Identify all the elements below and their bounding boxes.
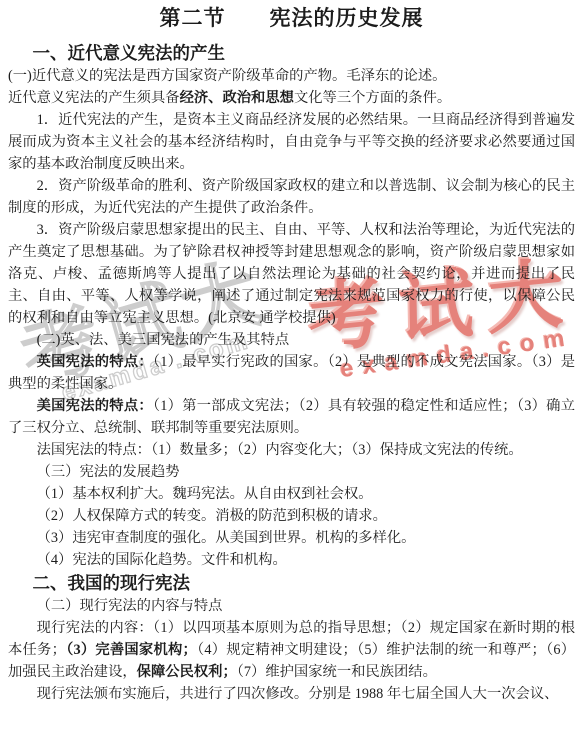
para-current-heading: （二）现行宪法的内容与特点 bbox=[8, 595, 575, 617]
bold-text-run: （3）完善国家机构； bbox=[66, 642, 197, 658]
para-three-countries-heading: (二)英、法、美三国宪法的产生及其特点 bbox=[8, 329, 575, 351]
para-trend-3: （3）违宪审查制度的强化。从美国到世界。机构的多样化。 bbox=[8, 527, 575, 549]
para-trend-4: （4）宪法的国际化趋势。文件和机构。 bbox=[8, 549, 575, 571]
text-run: （三）宪法的发展趋势 bbox=[37, 464, 180, 480]
bold-text-run: 经济、政治和思想 bbox=[180, 90, 294, 106]
para-us-features: 美国宪法的特点：（1）第一部成文宪法；（2）具有较强的稳定性和适应性；（3）确立… bbox=[8, 395, 575, 439]
para-origin-intro: (一)近代意义的宪法是西方国家资产阶级革命的产物。毛泽东的论述。 bbox=[8, 65, 575, 87]
para-trend-1: （1）基本权利扩大。魏玛宪法。从自由权到社会权。 bbox=[8, 483, 575, 505]
text-run: 现行宪法颁布实施后，共进行了四次修改。分别是 1988 年七届全国人大一次会议、 bbox=[37, 686, 559, 702]
text-run: 2．资产阶级革命的胜利、资产阶级国家政权的建立和以普选制、议会制为核心的民主制度… bbox=[8, 178, 575, 216]
section-heading-1: 一、近代意义宪法的产生 bbox=[8, 41, 575, 65]
text-run: （2）人权保障方式的转变。消极的防范到积极的请求。 bbox=[37, 508, 387, 524]
text-run: （4）宪法的国际化趋势。文件和机构。 bbox=[37, 552, 287, 568]
para-uk-features: 英国宪法的特点：（1）最早实行宪政的国家。（2）是典型的不成文宪法国家。（3）是… bbox=[8, 351, 575, 395]
text-run: （3）违宪审查制度的强化。从美国到世界。机构的多样化。 bbox=[37, 530, 416, 546]
para-ideological-condition: 3．资产阶级启蒙思想家提出的民主、自由、平等、人权和法治等理论，为近代宪法的产生… bbox=[8, 219, 575, 329]
bold-text-run: 二、我国的现行宪法 bbox=[33, 573, 191, 593]
text-run: (二)英、法、美三国宪法的产生及其特点 bbox=[37, 332, 290, 348]
text-run: 近代意义宪法的产生须具备 bbox=[8, 90, 180, 106]
bold-text-run: 英国宪法的特点： bbox=[37, 354, 153, 370]
document-content: 第二节 宪法的历史发展 一、近代意义宪法的产生(一)近代意义的宪法是西方国家资产… bbox=[0, 0, 583, 705]
text-run: 法国宪法的特点：（1）数量多；（2）内容变化大；（3）保持成文宪法的传统。 bbox=[37, 442, 523, 458]
para-trend-2: （2）人权保障方式的转变。消极的防范到积极的请求。 bbox=[8, 505, 575, 527]
bold-text-run: 一、近代意义宪法的产生 bbox=[33, 43, 226, 63]
page-title: 第二节 宪法的历史发展 bbox=[8, 6, 575, 32]
text-run: （1）基本权利扩大。魏玛宪法。从自由权到社会权。 bbox=[37, 486, 373, 502]
text-run: 文化等三个方面的条件。 bbox=[294, 90, 451, 106]
para-three-conditions: 近代意义宪法的产生须具备经济、政治和思想文化等三个方面的条件。 bbox=[8, 87, 575, 109]
text-run: 1．近代宪法的产生，是资本主义商品经济发展的必然结果。一旦商品经济得到普遍发展而… bbox=[8, 112, 575, 172]
text-run: （7）维护国家统一和民族团结。 bbox=[237, 664, 437, 680]
para-trends-heading: （三）宪法的发展趋势 bbox=[8, 461, 575, 483]
bold-text-run: 保障公民权利； bbox=[137, 664, 237, 680]
text-run: 3．资产阶级启蒙思想家提出的民主、自由、平等、人权和法治等理论，为近代宪法的产生… bbox=[8, 222, 575, 326]
para-economic-condition: 1．近代宪法的产生，是资本主义商品经济发展的必然结果。一旦商品经济得到普遍发展而… bbox=[8, 109, 575, 175]
para-political-condition: 2．资产阶级革命的胜利、资产阶级国家政权的建立和以普选制、议会制为核心的民主制度… bbox=[8, 175, 575, 219]
text-run: (一)近代意义的宪法是西方国家资产阶级革命的产物。毛泽东的论述。 bbox=[8, 68, 446, 84]
para-amendments: 现行宪法颁布实施后，共进行了四次修改。分别是 1988 年七届全国人大一次会议、 bbox=[8, 683, 575, 705]
para-fr-features: 法国宪法的特点：（1）数量多；（2）内容变化大；（3）保持成文宪法的传统。 bbox=[8, 439, 575, 461]
document-page: 考试大 examda . com 考试大 examda.com 第二节 宪法的历… bbox=[0, 0, 583, 739]
bold-text-run: 美国宪法的特点： bbox=[37, 398, 153, 414]
text-run: （二）现行宪法的内容与特点 bbox=[37, 598, 223, 614]
para-current-content: 现行宪法的内容：（1）以四项基本原则为总的指导思想；（2）规定国家在新时期的根本… bbox=[8, 617, 575, 683]
document-body: 一、近代意义宪法的产生(一)近代意义的宪法是西方国家资产阶级革命的产物。毛泽东的… bbox=[8, 41, 575, 705]
section-heading-2: 二、我国的现行宪法 bbox=[8, 571, 575, 595]
